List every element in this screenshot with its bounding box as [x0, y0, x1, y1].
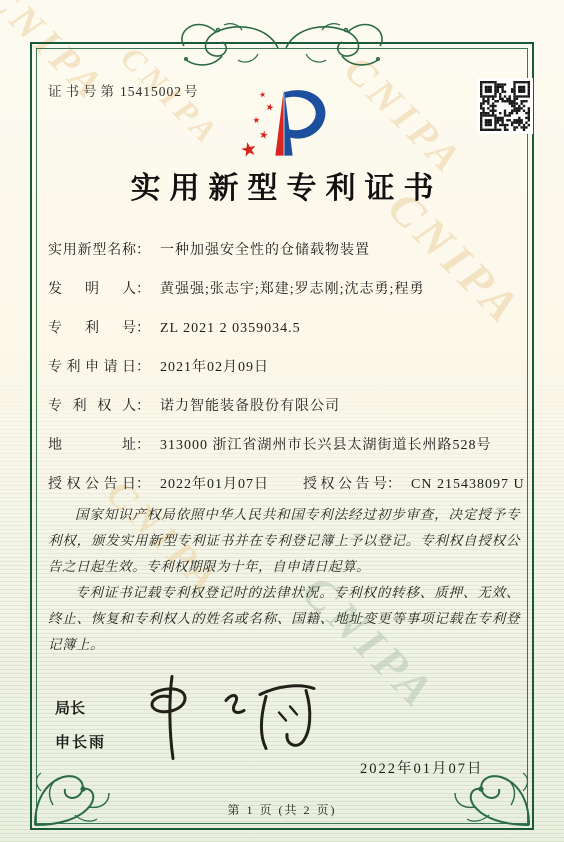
commissioner-title: 局长 — [55, 697, 106, 718]
colon: ： — [136, 318, 150, 340]
commissioner-signature-icon — [138, 668, 328, 768]
field-label: 授权公告号 — [303, 474, 387, 496]
field-label: 授权公告日 — [48, 474, 136, 496]
grant-date-footer: 2022年01月07日 — [360, 757, 484, 778]
field-row-inventors: 发明人：黄强强;张志宇;郑建;罗志刚;沈志勇;程勇 — [48, 279, 520, 301]
svg-text:★: ★ — [258, 129, 269, 142]
legal-text: 国家知识产权局依照中华人民共和国专利法经过初步审查，决定授予专利权，颁发实用新型… — [48, 502, 520, 658]
field-row-address: 地址：313000 浙江省湖州市长兴县太湖街道长州路528号 — [48, 435, 520, 457]
certificate-number-value: 15415002 — [118, 84, 184, 99]
page-number: 第 1 页 (共 2 页) — [0, 801, 564, 818]
field-value: 一种加强安全性的仓储载物装置 — [160, 243, 370, 258]
svg-text:★: ★ — [238, 136, 260, 162]
field-row-patent-no: 专利号：ZL 2021 2 0359034.5 — [48, 318, 520, 340]
certificate-number-suffix: 号 — [184, 84, 198, 99]
field-value: CN 215438097 U — [411, 477, 525, 492]
field-label: 专利号 — [48, 318, 136, 340]
colon: ： — [136, 396, 150, 418]
field-group-grant-no: 授权公告号：CN 215438097 U — [303, 477, 525, 492]
svg-text:★: ★ — [258, 90, 266, 100]
border-top-ornament-icon — [172, 14, 392, 70]
field-label: 专利权人 — [48, 396, 136, 418]
field-value: 2022年01月07日 — [160, 477, 269, 492]
field-value: 313000 浙江省湖州市长兴县太湖街道长州路528号 — [160, 438, 492, 453]
legal-paragraph-1: 国家知识产权局依照中华人民共和国专利法经过初步审查，决定授予专利权，颁发实用新型… — [48, 502, 520, 580]
field-value: ZL 2021 2 0359034.5 — [160, 321, 301, 336]
field-value: 2021年02月09日 — [160, 360, 269, 375]
commissioner-name: 申长雨 — [55, 731, 106, 752]
colon: ： — [136, 357, 150, 379]
colon: ： — [387, 474, 401, 496]
colon: ： — [136, 279, 150, 301]
cnipa-logo-icon: ★ ★ ★ ★ ★ — [236, 84, 332, 162]
qr-code-icon — [477, 78, 533, 134]
certificate-number: 证书号第15415002号 — [48, 80, 198, 100]
field-row-filing-date: 专利申请日：2021年02月09日 — [48, 357, 520, 379]
legal-paragraph-2: 专利证书记载专利权登记时的法律状况。专利权的转移、质押、无效、终止、恢复和专利权… — [48, 580, 520, 658]
field-row-grant: 授权公告日：2022年01月07日授权公告号：CN 215438097 U — [48, 474, 520, 496]
field-label: 发明人 — [48, 279, 136, 301]
patent-certificate-page: CNIPA CNIPA CNIPA CNIPA CNIPA CNIPA — [0, 0, 564, 842]
colon: ： — [136, 240, 150, 262]
field-value: 诺力智能装备股份有限公司 — [160, 399, 340, 414]
field-row-name: 实用新型名称：一种加强安全性的仓储载物装置 — [48, 240, 520, 262]
colon: ： — [136, 435, 150, 457]
field-list: 实用新型名称：一种加强安全性的仓储载物装置 发明人：黄强强;张志宇;郑建;罗志刚… — [48, 240, 520, 513]
field-label: 地址 — [48, 435, 136, 457]
svg-text:★: ★ — [264, 102, 275, 115]
field-label: 实用新型名称 — [48, 240, 136, 262]
certificate-number-prefix: 证书号第 — [48, 84, 118, 99]
field-label: 专利申请日 — [48, 357, 136, 379]
certificate-title: 实用新型专利证书 — [0, 163, 564, 207]
svg-text:★: ★ — [252, 115, 261, 126]
colon: ： — [136, 474, 150, 496]
field-row-patentee: 专利权人：诺力智能装备股份有限公司 — [48, 396, 520, 418]
commissioner-block: 局长 申长雨 — [55, 697, 106, 752]
field-value: 黄强强;张志宇;郑建;罗志刚;沈志勇;程勇 — [160, 282, 424, 297]
